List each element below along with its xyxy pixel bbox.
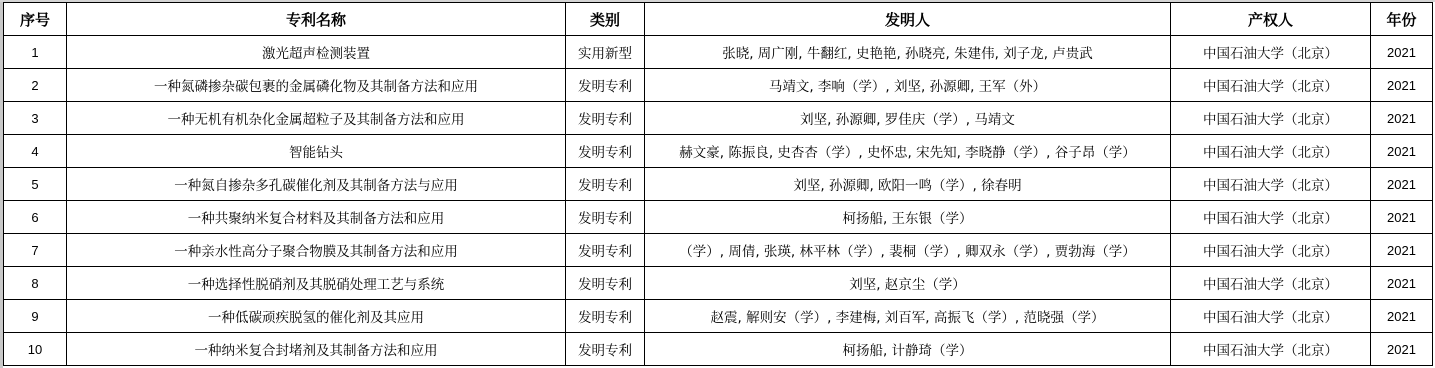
cell-no[interactable]: 6 [4, 201, 67, 234]
table-row: 3 一种无机有机杂化金属超粒子及其制备方法和应用 发明专利 刘坚, 孙源卿, 罗… [4, 102, 1433, 135]
cell-owner[interactable]: 中国石油大学（北京） [1171, 267, 1371, 300]
cell-no[interactable]: 8 [4, 267, 67, 300]
cell-year[interactable]: 2021 [1371, 267, 1433, 300]
cell-category[interactable]: 发明专利 [566, 333, 645, 366]
cell-category[interactable]: 发明专利 [566, 102, 645, 135]
cell-no[interactable]: 4 [4, 135, 67, 168]
header-category[interactable]: 类别 [566, 3, 645, 36]
header-inventors[interactable]: 发明人 [645, 3, 1171, 36]
cell-owner[interactable]: 中国石油大学（北京） [1171, 36, 1371, 69]
cell-no[interactable]: 7 [4, 234, 67, 267]
header-year[interactable]: 年份 [1371, 3, 1433, 36]
cell-category[interactable]: 发明专利 [566, 135, 645, 168]
cell-owner[interactable]: 中国石油大学（北京） [1171, 300, 1371, 333]
cell-inventors[interactable]: 柯扬船, 王东银（学） [645, 201, 1171, 234]
cell-inventors[interactable]: 马靖文, 李响（学）, 刘坚, 孙源卿, 王军（外） [645, 69, 1171, 102]
cell-owner[interactable]: 中国石油大学（北京） [1171, 201, 1371, 234]
cell-patent-name[interactable]: 一种纳米复合封堵剂及其制备方法和应用 [67, 333, 566, 366]
cell-year[interactable]: 2021 [1371, 36, 1433, 69]
table-row: 8 一种选择性脱硝剂及其脱硝处理工艺与系统 发明专利 刘坚, 赵京尘（学） 中国… [4, 267, 1433, 300]
cell-owner[interactable]: 中国石油大学（北京） [1171, 135, 1371, 168]
cell-inventors[interactable]: 刘坚, 赵京尘（学） [645, 267, 1171, 300]
cell-no[interactable]: 1 [4, 36, 67, 69]
cell-no[interactable]: 2 [4, 69, 67, 102]
cell-category[interactable]: 发明专利 [566, 300, 645, 333]
cell-year[interactable]: 2021 [1371, 102, 1433, 135]
cell-patent-name[interactable]: 一种氮磷掺杂碳包裹的金属磷化物及其制备方法和应用 [67, 69, 566, 102]
table-row: 6 一种共聚纳米复合材料及其制备方法和应用 发明专利 柯扬船, 王东银（学） 中… [4, 201, 1433, 234]
cell-year[interactable]: 2021 [1371, 69, 1433, 102]
cell-owner[interactable]: 中国石油大学（北京） [1171, 168, 1371, 201]
cell-category[interactable]: 发明专利 [566, 201, 645, 234]
table-row: 10 一种纳米复合封堵剂及其制备方法和应用 发明专利 柯扬船, 计静琦（学） 中… [4, 333, 1433, 366]
cell-patent-name[interactable]: 智能钻头 [67, 135, 566, 168]
table-row: 5 一种氮自掺杂多孔碳催化剂及其制备方法与应用 发明专利 刘坚, 孙源卿, 欧阳… [4, 168, 1433, 201]
cell-owner[interactable]: 中国石油大学（北京） [1171, 102, 1371, 135]
cell-no[interactable]: 10 [4, 333, 67, 366]
table-row: 9 一种低碳顽疾脱氢的催化剂及其应用 发明专利 赵震, 解则安（学）, 李建梅,… [4, 300, 1433, 333]
cell-year[interactable]: 2021 [1371, 168, 1433, 201]
header-no[interactable]: 序号 [4, 3, 67, 36]
table-row: 2 一种氮磷掺杂碳包裹的金属磷化物及其制备方法和应用 发明专利 马靖文, 李响（… [4, 69, 1433, 102]
cell-owner[interactable]: 中国石油大学（北京） [1171, 234, 1371, 267]
cell-inventors[interactable]: 刘坚, 孙源卿, 罗佳庆（学）, 马靖文 [645, 102, 1171, 135]
cell-year[interactable]: 2021 [1371, 201, 1433, 234]
cell-inventors[interactable]: 柯扬船, 计静琦（学） [645, 333, 1171, 366]
cell-category[interactable]: 发明专利 [566, 267, 645, 300]
cell-patent-name[interactable]: 一种共聚纳米复合材料及其制备方法和应用 [67, 201, 566, 234]
patent-table: 序号 专利名称 类别 发明人 产权人 年份 1 激光超声检测装置 实用新型 张晓… [3, 2, 1433, 366]
cell-category[interactable]: 发明专利 [566, 168, 645, 201]
cell-inventors[interactable]: 赵震, 解则安（学）, 李建梅, 刘百军, 高振飞（学）, 范晓强（学） [645, 300, 1171, 333]
cell-category[interactable]: 发明专利 [566, 69, 645, 102]
cell-patent-name[interactable]: 一种低碳顽疾脱氢的催化剂及其应用 [67, 300, 566, 333]
cell-inventors[interactable]: 刘坚, 孙源卿, 欧阳一鸣（学）, 徐春明 [645, 168, 1171, 201]
cell-inventors[interactable]: 赫文豪, 陈振良, 史杏杏（学）, 史怀忠, 宋先知, 李晓静（学）, 谷子昂（… [645, 135, 1171, 168]
cell-year[interactable]: 2021 [1371, 300, 1433, 333]
cell-no[interactable]: 5 [4, 168, 67, 201]
cell-no[interactable]: 3 [4, 102, 67, 135]
cell-patent-name[interactable]: 一种选择性脱硝剂及其脱硝处理工艺与系统 [67, 267, 566, 300]
cell-no[interactable]: 9 [4, 300, 67, 333]
cell-patent-name[interactable]: 激光超声检测装置 [67, 36, 566, 69]
cell-year[interactable]: 2021 [1371, 234, 1433, 267]
cell-year[interactable]: 2021 [1371, 135, 1433, 168]
cell-year[interactable]: 2021 [1371, 333, 1433, 366]
cell-category[interactable]: 实用新型 [566, 36, 645, 69]
header-row: 序号 专利名称 类别 发明人 产权人 年份 [4, 3, 1433, 36]
cell-owner[interactable]: 中国石油大学（北京） [1171, 69, 1371, 102]
cell-patent-name[interactable]: 一种亲水性高分子聚合物膜及其制备方法和应用 [67, 234, 566, 267]
cell-patent-name[interactable]: 一种无机有机杂化金属超粒子及其制备方法和应用 [67, 102, 566, 135]
header-patent-name[interactable]: 专利名称 [67, 3, 566, 36]
header-owner[interactable]: 产权人 [1171, 3, 1371, 36]
cell-owner[interactable]: 中国石油大学（北京） [1171, 333, 1371, 366]
cell-inventors[interactable]: （学）, 周倩, 张瑛, 林平林（学）, 裴桐（学）, 卿双永（学）, 贾勃海（… [645, 234, 1171, 267]
table-row: 4 智能钻头 发明专利 赫文豪, 陈振良, 史杏杏（学）, 史怀忠, 宋先知, … [4, 135, 1433, 168]
table-row: 7 一种亲水性高分子聚合物膜及其制备方法和应用 发明专利 （学）, 周倩, 张瑛… [4, 234, 1433, 267]
table-row: 1 激光超声检测装置 实用新型 张晓, 周广刚, 牛翻红, 史艳艳, 孙晓亮, … [4, 36, 1433, 69]
cell-patent-name[interactable]: 一种氮自掺杂多孔碳催化剂及其制备方法与应用 [67, 168, 566, 201]
cell-inventors[interactable]: 张晓, 周广刚, 牛翻红, 史艳艳, 孙晓亮, 朱建伟, 刘子龙, 卢贵武 [645, 36, 1171, 69]
cell-category[interactable]: 发明专利 [566, 234, 645, 267]
